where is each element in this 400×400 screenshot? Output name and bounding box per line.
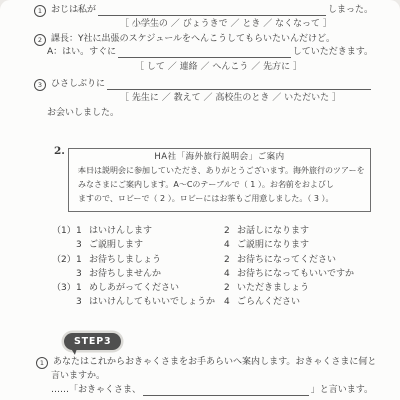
question-3-tail-row: お会あいしました。 <box>47 108 119 119</box>
question-3-choices: ［ 先生せんせいに ／ 教おしえて ／ 高校生こうこうせいのとき ／ いただいた… <box>120 93 341 104</box>
option-text: めしあがってください <box>89 283 224 295</box>
question-1-number: 1 <box>34 5 46 17</box>
question-3-text: ひさしぶりに <box>51 79 105 90</box>
option-number: 1 <box>76 283 89 295</box>
option-number: 4 <box>224 269 237 281</box>
announcement-line-2: みなさまにご案内あんないします。A～Cのテーブルで（ 1 ）。お名前なまえをおよ… <box>78 178 361 192</box>
step3-answer-pre: ……「おきゃくさま、 <box>51 385 141 396</box>
option-text: お待まちになってください <box>237 255 373 267</box>
question-3-blank <box>107 86 371 90</box>
step3-answer-row: ……「おきゃくさま、 」と言いいます。 <box>51 385 373 396</box>
option-number: 3 <box>76 269 89 281</box>
step3-question-line2: 言いいますか。 <box>51 371 105 382</box>
question-2-blank <box>118 54 291 58</box>
option-label-spacer <box>52 240 76 252</box>
option-text: はいけんします <box>89 226 224 238</box>
announcement-line-3: ますので、ロビーで（ 2 ）。ロビーにはお茶ちゃもご用意よういしました。（ 3 … <box>78 192 361 206</box>
option-number: 2 <box>224 226 237 238</box>
announcement-box: HA社しゃ「海外旅行説明会かいがいりょこうせつめいかい」ご案内あんない 本日ほん… <box>68 148 371 212</box>
option-q2-label: （2） <box>52 255 76 267</box>
answer-options: （1） 1 はいけんします 2 お話はなしになります 3 ご説明せつめいします … <box>52 226 373 309</box>
option-text: ご説明せつめいになります <box>237 240 373 252</box>
question-2-row: 2 課長かちょう：Y社しゃに出張しゅっちょうのスケジュールをへんこうしてもらいた… <box>34 33 373 45</box>
option-q1-label: （1） <box>52 226 76 238</box>
step3-answer-tail: 」と言いいます。 <box>311 385 373 396</box>
option-text: いただきましょう <box>237 283 373 295</box>
step3-badge: STEP3 <box>64 333 121 350</box>
question-1-row: 1 おじは私わたしが しまった。 <box>34 4 373 16</box>
question-3-tail-text: お会あいしました。 <box>47 108 119 119</box>
step3-question-number: 1 <box>36 357 48 369</box>
step3-answer-blank <box>143 392 309 396</box>
option-label-spacer <box>52 269 76 281</box>
option-text: お待まちしませんか <box>89 269 224 281</box>
question-2-number: 2 <box>34 34 46 46</box>
question-2-answer-pre: A：はい。すぐに <box>47 47 116 58</box>
option-text: お待まちしましょう <box>89 255 224 267</box>
option-number: 3 <box>76 240 89 252</box>
step3-question-line2-row: 言いいますか。 <box>51 371 105 382</box>
option-q3-label: （3） <box>52 283 76 295</box>
option-number: 4 <box>224 297 237 309</box>
question-2-text: 課長かちょう：Y社しゃに出張しゅっちょうのスケジュールをへんこうしてもらいたいん… <box>51 34 335 45</box>
question-2-choices: ［ して ／ 連絡れんらく ／ へんこう ／ 先方せんぽうに ］ <box>135 62 302 73</box>
option-number: 2 <box>224 255 237 267</box>
question-1-choices: ［ 小学生しょうがくせいの ／ びょうきで ／ とき ／ なくなって ］ <box>120 19 332 30</box>
question-1-choices-text: ［ 小学生しょうがくせいの ／ びょうきで ／ とき ／ なくなって ］ <box>120 19 332 30</box>
option-number: 4 <box>224 240 237 252</box>
option-number: 3 <box>76 297 89 309</box>
option-text: お待まちになってもいいですか <box>237 269 373 281</box>
step3-question-row: 1 あなたはこれからおきゃくさまをお手てあらいへ案内あんないします。おきゃくさま… <box>36 356 373 368</box>
question-1-tail: しまった。 <box>328 5 373 16</box>
question-3-number: 3 <box>34 79 46 91</box>
question-1-text: おじは私わたしが <box>51 5 96 16</box>
question-2-answer-row: A：はい。すぐに していただきます。 <box>47 47 373 58</box>
section-2-label: 2. <box>54 145 65 157</box>
option-label-spacer <box>52 297 76 309</box>
option-text: はいけんしてもいいでしょうか <box>89 297 224 309</box>
question-3-row: 3 ひさしぶりに <box>34 78 373 90</box>
question-3-choices-text: ［ 先生せんせいに ／ 教おしえて ／ 高校生こうこうせいのとき ／ いただいた… <box>120 93 341 104</box>
option-text: お話はなしになります <box>237 226 373 238</box>
question-1-blank <box>98 12 326 16</box>
worksheet-page: 1 おじは私わたしが しまった。 ［ 小学生しょうがくせいの ／ びょうきで ／… <box>0 0 400 400</box>
option-number: 1 <box>76 226 89 238</box>
announcement-title: HA社しゃ「海外旅行説明会かいがいりょこうせつめいかい」ご案内あんない <box>78 151 361 164</box>
question-2-choices-text: ［ して ／ 連絡れんらく ／ へんこう ／ 先方せんぽうに ］ <box>135 62 302 73</box>
option-text: ご説明せつめいします <box>89 240 224 252</box>
question-2-answer-tail: していただきます。 <box>293 47 373 58</box>
option-number: 2 <box>224 283 237 295</box>
announcement-line-1: 本日ほんじつは説明会せつめいかいに参加さんかしていただき、ありがとうございます。… <box>78 164 361 178</box>
step3-question-line1: あなたはこれからおきゃくさまをお手てあらいへ案内あんないします。おきゃくさまに何… <box>53 357 376 368</box>
option-number: 1 <box>76 255 89 267</box>
option-text: ごらんください <box>237 297 373 309</box>
